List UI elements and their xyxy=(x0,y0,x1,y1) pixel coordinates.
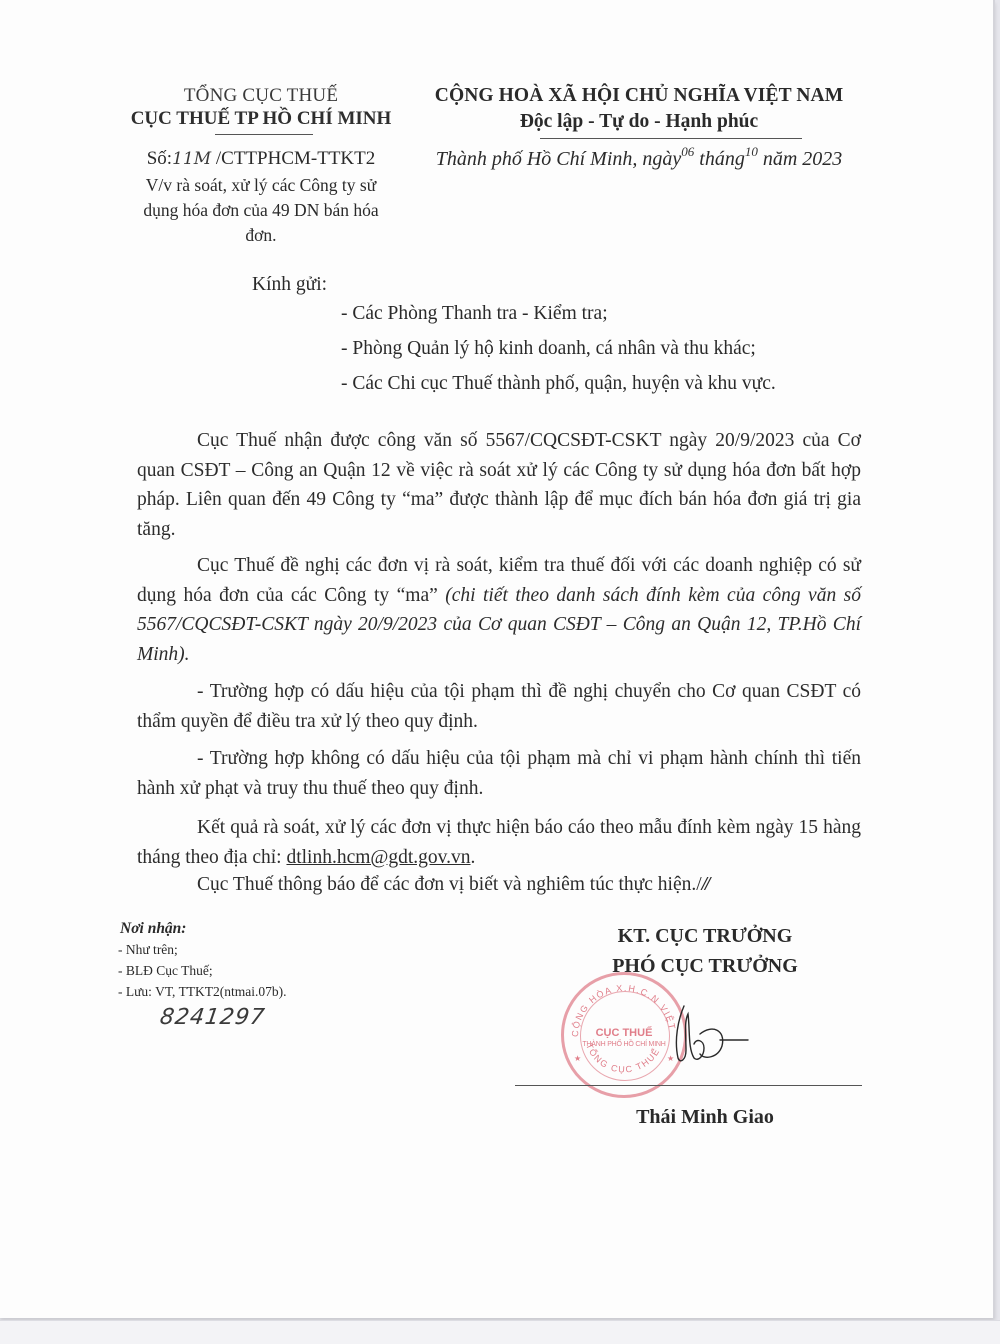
signer-name: Thái Minh Giao xyxy=(560,1106,850,1129)
recipient-item: - Các Phòng Thanh tra - Kiểm tra; xyxy=(341,303,608,325)
distribution-label: Nơi nhận: xyxy=(120,920,186,938)
body-paragraph-1: Cục Thuế nhận được công văn số 5567/CQCS… xyxy=(137,426,861,544)
paragraph-5-text: Kết quả rà soát, xử lý các đơn vị thực h… xyxy=(137,817,861,868)
distribution-item: - Lưu: VT, TTKT2(ntmai.07b). xyxy=(118,984,287,1000)
recipients-label: Kính gửi: xyxy=(252,274,327,296)
body-paragraph-4: - Trường hợp không có dấu hiệu của tội p… xyxy=(137,744,861,803)
month-handwritten: 10 xyxy=(745,144,758,159)
body-paragraph-6: Cục Thuế thông báo để các đơn vị biết và… xyxy=(137,870,861,900)
year-label: năm 2023 xyxy=(758,148,842,170)
paragraph-6-text: Cục Thuế thông báo để các đơn vị biết và… xyxy=(197,874,702,895)
body-paragraph-2: Cục Thuế đề nghị các đơn vị rà soát, kiể… xyxy=(137,551,861,669)
handwritten-signature-icon xyxy=(660,1000,750,1070)
day-handwritten: 06 xyxy=(681,144,694,159)
recipient-item: - Các Chi cục Thuế thành phố, quận, huyệ… xyxy=(341,373,776,395)
body-paragraph-5: Kết quả rà soát, xử lý các đơn vị thực h… xyxy=(137,813,861,872)
doc-number-prefix: Số: xyxy=(147,148,172,169)
document-subject: V/v rà soát, xử lý các Công ty sử dụng h… xyxy=(120,173,402,248)
doc-number-suffix: /CTTPHCM-TTKT2 xyxy=(211,148,375,169)
month-label: tháng xyxy=(694,148,745,170)
document-page: TỔNG CỤC THUẾ CỤC THUẾ TP HỒ CHÍ MINH Số… xyxy=(0,0,995,1318)
header-left-divider xyxy=(215,134,313,135)
header-right-divider xyxy=(540,138,802,139)
doc-number-handwritten: 11M xyxy=(172,149,211,169)
signature-underline xyxy=(515,1085,862,1086)
national-motto: Độc lập - Tự do - Hạnh phúc xyxy=(418,111,860,133)
handwritten-end-mark: // xyxy=(702,874,709,895)
body-paragraph-3: - Trường hợp có dấu hiệu của tội phạm th… xyxy=(137,677,861,736)
place-and-date: Thành phố Hồ Chí Minh, ngày06 tháng10 nă… xyxy=(418,148,860,171)
viewer-bottom-bar xyxy=(0,1320,1000,1344)
agency-name: CỤC THUẾ TP HỒ CHÍ MINH xyxy=(120,108,402,130)
national-title: CỘNG HOÀ XÃ HỘI CHỦ NGHĨA VIỆT NAM xyxy=(418,85,860,107)
paragraph-5-end: . xyxy=(471,847,476,868)
agency-parent: TỔNG CỤC THUẾ xyxy=(120,85,402,107)
recipient-item: - Phòng Quản lý hộ kinh doanh, cá nhân v… xyxy=(341,338,756,360)
distribution-item: - Như trên; xyxy=(118,942,178,958)
distribution-item: - BLĐ Cục Thuế; xyxy=(118,963,213,979)
document-number: Số:11M /CTTPHCM-TTKT2 xyxy=(120,148,402,170)
report-email-link[interactable]: dtlinh.hcm@gdt.gov.vn xyxy=(286,847,470,868)
handwritten-code: 8241297 xyxy=(158,1005,266,1030)
svg-text:★: ★ xyxy=(574,1054,581,1063)
place-date-prefix: Thành phố Hồ Chí Minh, ngày xyxy=(436,148,682,170)
signature-on-behalf: KT. CỤC TRƯỞNG xyxy=(560,925,850,948)
